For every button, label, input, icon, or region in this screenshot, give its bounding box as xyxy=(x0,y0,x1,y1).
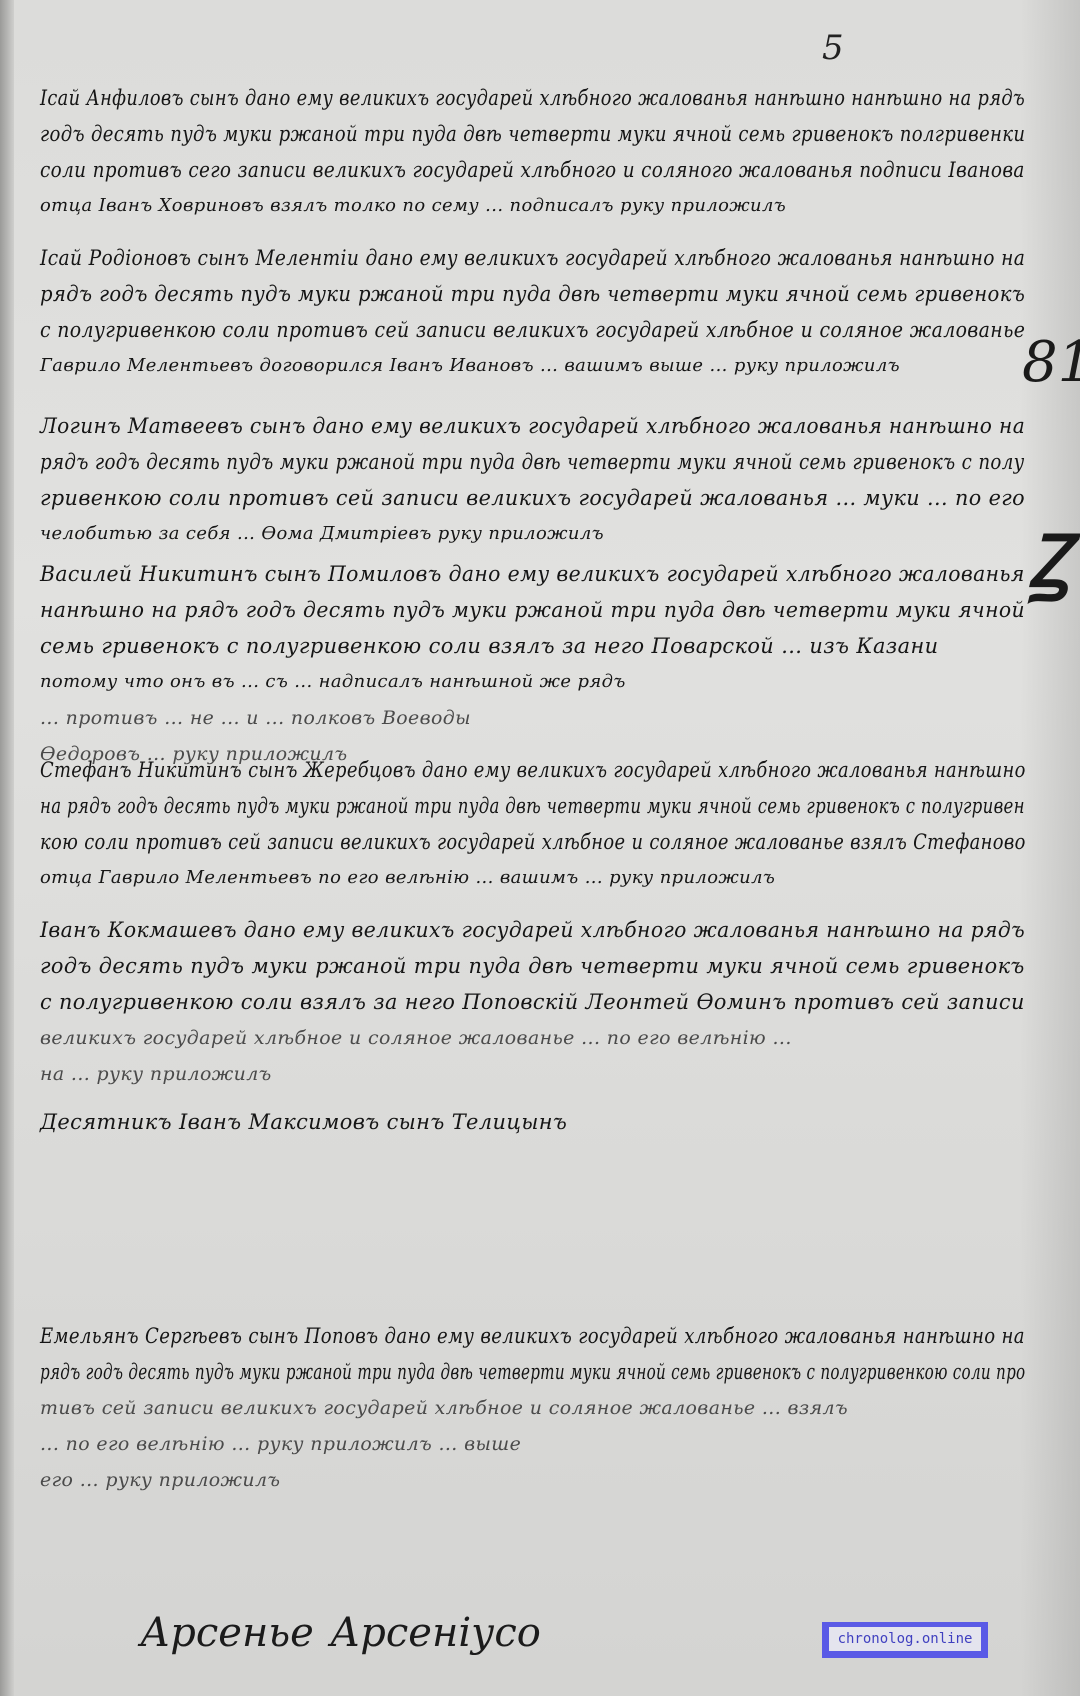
entry-5: Стефанъ Никитинъ сынъ Жеребцовъ дано ему… xyxy=(40,752,1030,896)
entry-line-faint: ... противъ ... не ... и ... полковъ Вое… xyxy=(40,700,1025,736)
watermark-text: chronolog.online xyxy=(829,1627,981,1651)
entry-line: рядъ годъ десять пудъ муки ржаной три пу… xyxy=(40,276,1025,312)
entry-line: Ісай Анфиловъ сынъ дано ему великихъ гос… xyxy=(40,80,1025,116)
entry-line-faint: тивъ сей записи великихъ государей хлѣбн… xyxy=(40,1390,1025,1426)
margin-mark-z: Ꙁ xyxy=(1028,510,1070,608)
entry-2: Ісай Родіоновъ сынъ Мелентіи дано ему ве… xyxy=(40,240,1030,384)
entry-line: Стефанъ Никитинъ сынъ Жеребцовъ дано ему… xyxy=(40,752,1025,788)
entry-line: кою соли противъ сей записи великихъ гос… xyxy=(40,824,1025,860)
entry-line: отца Іванъ Ховриновъ взялъ толко по сему… xyxy=(40,188,1025,224)
entry-line-faint: на ... руку приложилъ xyxy=(40,1056,1025,1092)
entry-line: потому что онъ въ ... съ ... надписалъ н… xyxy=(40,664,1025,700)
manuscript-page: 5 81 Ꙁ Ісай Анфиловъ сынъ дано ему велик… xyxy=(0,0,1080,1696)
entry-3: Логинъ Матвеевъ сынъ дано ему великихъ г… xyxy=(40,408,1030,552)
entry-line: Ісай Родіоновъ сынъ Мелентіи дано ему ве… xyxy=(40,240,1025,276)
entry-line: Емельянъ Сергѣевъ сынъ Поповъ дано ему в… xyxy=(40,1318,1025,1354)
entry-line: Логинъ Матвеевъ сынъ дано ему великихъ г… xyxy=(40,408,1025,444)
entry-line: рядъ годъ десять пудъ муки ржаной три пу… xyxy=(40,1354,1026,1390)
entry-line: рядъ годъ десять пудъ муки ржаной три пу… xyxy=(40,444,1025,480)
page-binding-edge xyxy=(0,0,14,1696)
entry-line: Гаврило Мелентьевъ договорился Іванъ Ива… xyxy=(40,348,1025,384)
entry-line: с полугривенкою соли взялъ за него Попов… xyxy=(40,984,1025,1020)
entry-line: Василей Никитинъ сынъ Помиловъ дано ему … xyxy=(40,556,1025,592)
entry-line: нанѣшно на рядъ годъ десять пудъ муки рж… xyxy=(40,592,1025,628)
folio-number: 5 xyxy=(822,28,844,68)
entry-4: Василей Никитинъ сынъ Помиловъ дано ему … xyxy=(40,556,1030,772)
entry-line: Іванъ Кокмашевъ дано ему великихъ госуда… xyxy=(40,912,1025,948)
watermark-badge: chronolog.online xyxy=(822,1622,988,1658)
entry-line: отца Гаврило Мелентьевъ по его велѣнію .… xyxy=(40,860,1025,896)
signature-second: Арсеніусо xyxy=(330,1610,541,1656)
entry-7: Десятникъ Іванъ Максимовъ сынъ Телицынъ xyxy=(40,1104,1030,1140)
entry-line: Десятникъ Іванъ Максимовъ сынъ Телицынъ xyxy=(40,1104,1025,1140)
entry-line: семь гривенокъ с полугривенкою соли взял… xyxy=(40,628,1025,664)
entry-line: годъ десять пудъ муки ржаной три пуда дв… xyxy=(40,116,1026,152)
entry-8: Емельянъ Сергѣевъ сынъ Поповъ дано ему в… xyxy=(40,1318,1030,1498)
margin-mark-81: 81 xyxy=(1022,330,1080,395)
entry-line-faint: его ... руку приложилъ xyxy=(40,1462,1025,1498)
entry-line: годъ десять пудъ муки ржаной три пуда дв… xyxy=(40,948,1025,984)
entry-line: на рядъ годъ десять пудъ муки ржаной три… xyxy=(40,788,1025,824)
signature-first: Арсенье xyxy=(140,1610,314,1656)
entry-line-faint: великихъ государей хлѣбное и соляное жал… xyxy=(40,1020,1025,1056)
entry-line: челобитью за себя ... Ѳома Дмитріевъ рук… xyxy=(40,516,1025,552)
entry-line: соли противъ сего записи великихъ госуда… xyxy=(40,152,1025,188)
entry-line: гривенкою соли противъ сей записи велики… xyxy=(40,480,1025,516)
entry-line-faint: ... по его велѣнію ... руку приложилъ ..… xyxy=(40,1426,1025,1462)
entry-1: Ісай Анфиловъ сынъ дано ему великихъ гос… xyxy=(40,80,1030,224)
entry-line: с полугривенкою соли противъ сей записи … xyxy=(40,312,1025,348)
entry-6: Іванъ Кокмашевъ дано ему великихъ госуда… xyxy=(40,912,1030,1092)
